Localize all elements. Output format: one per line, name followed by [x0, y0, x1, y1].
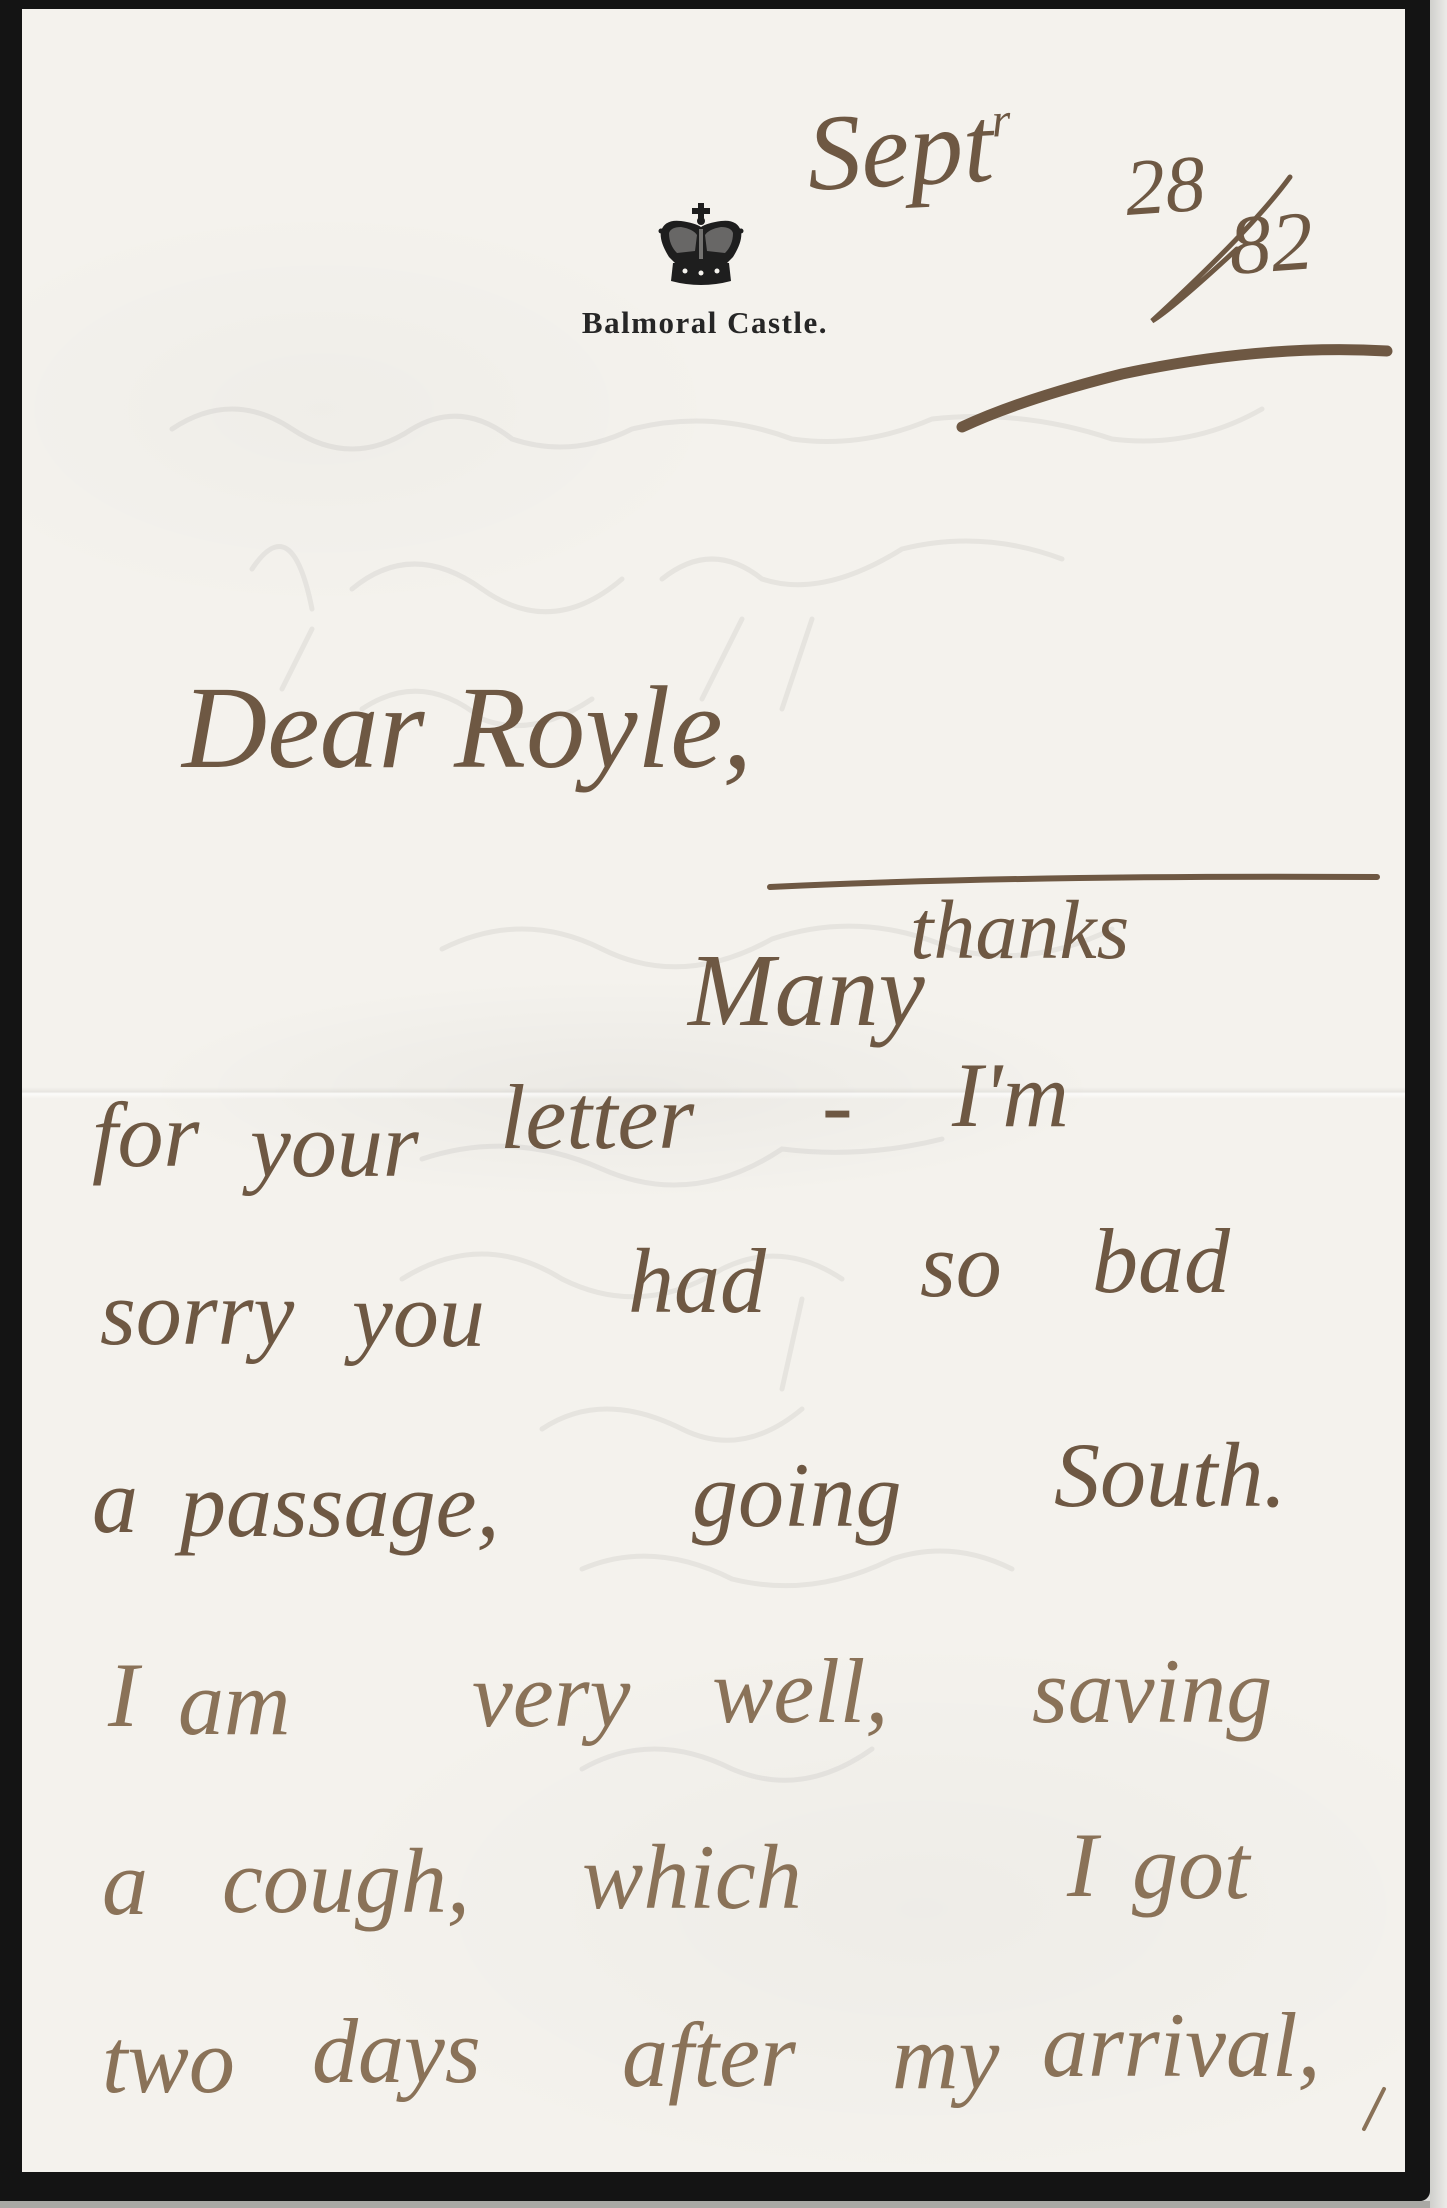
letter-page: ​ Bal	[22, 9, 1405, 2172]
trailing-stroke	[22, 9, 1405, 2172]
scan-edge-right	[1430, 0, 1447, 2208]
scan-edge-bottom	[0, 2201, 1430, 2208]
